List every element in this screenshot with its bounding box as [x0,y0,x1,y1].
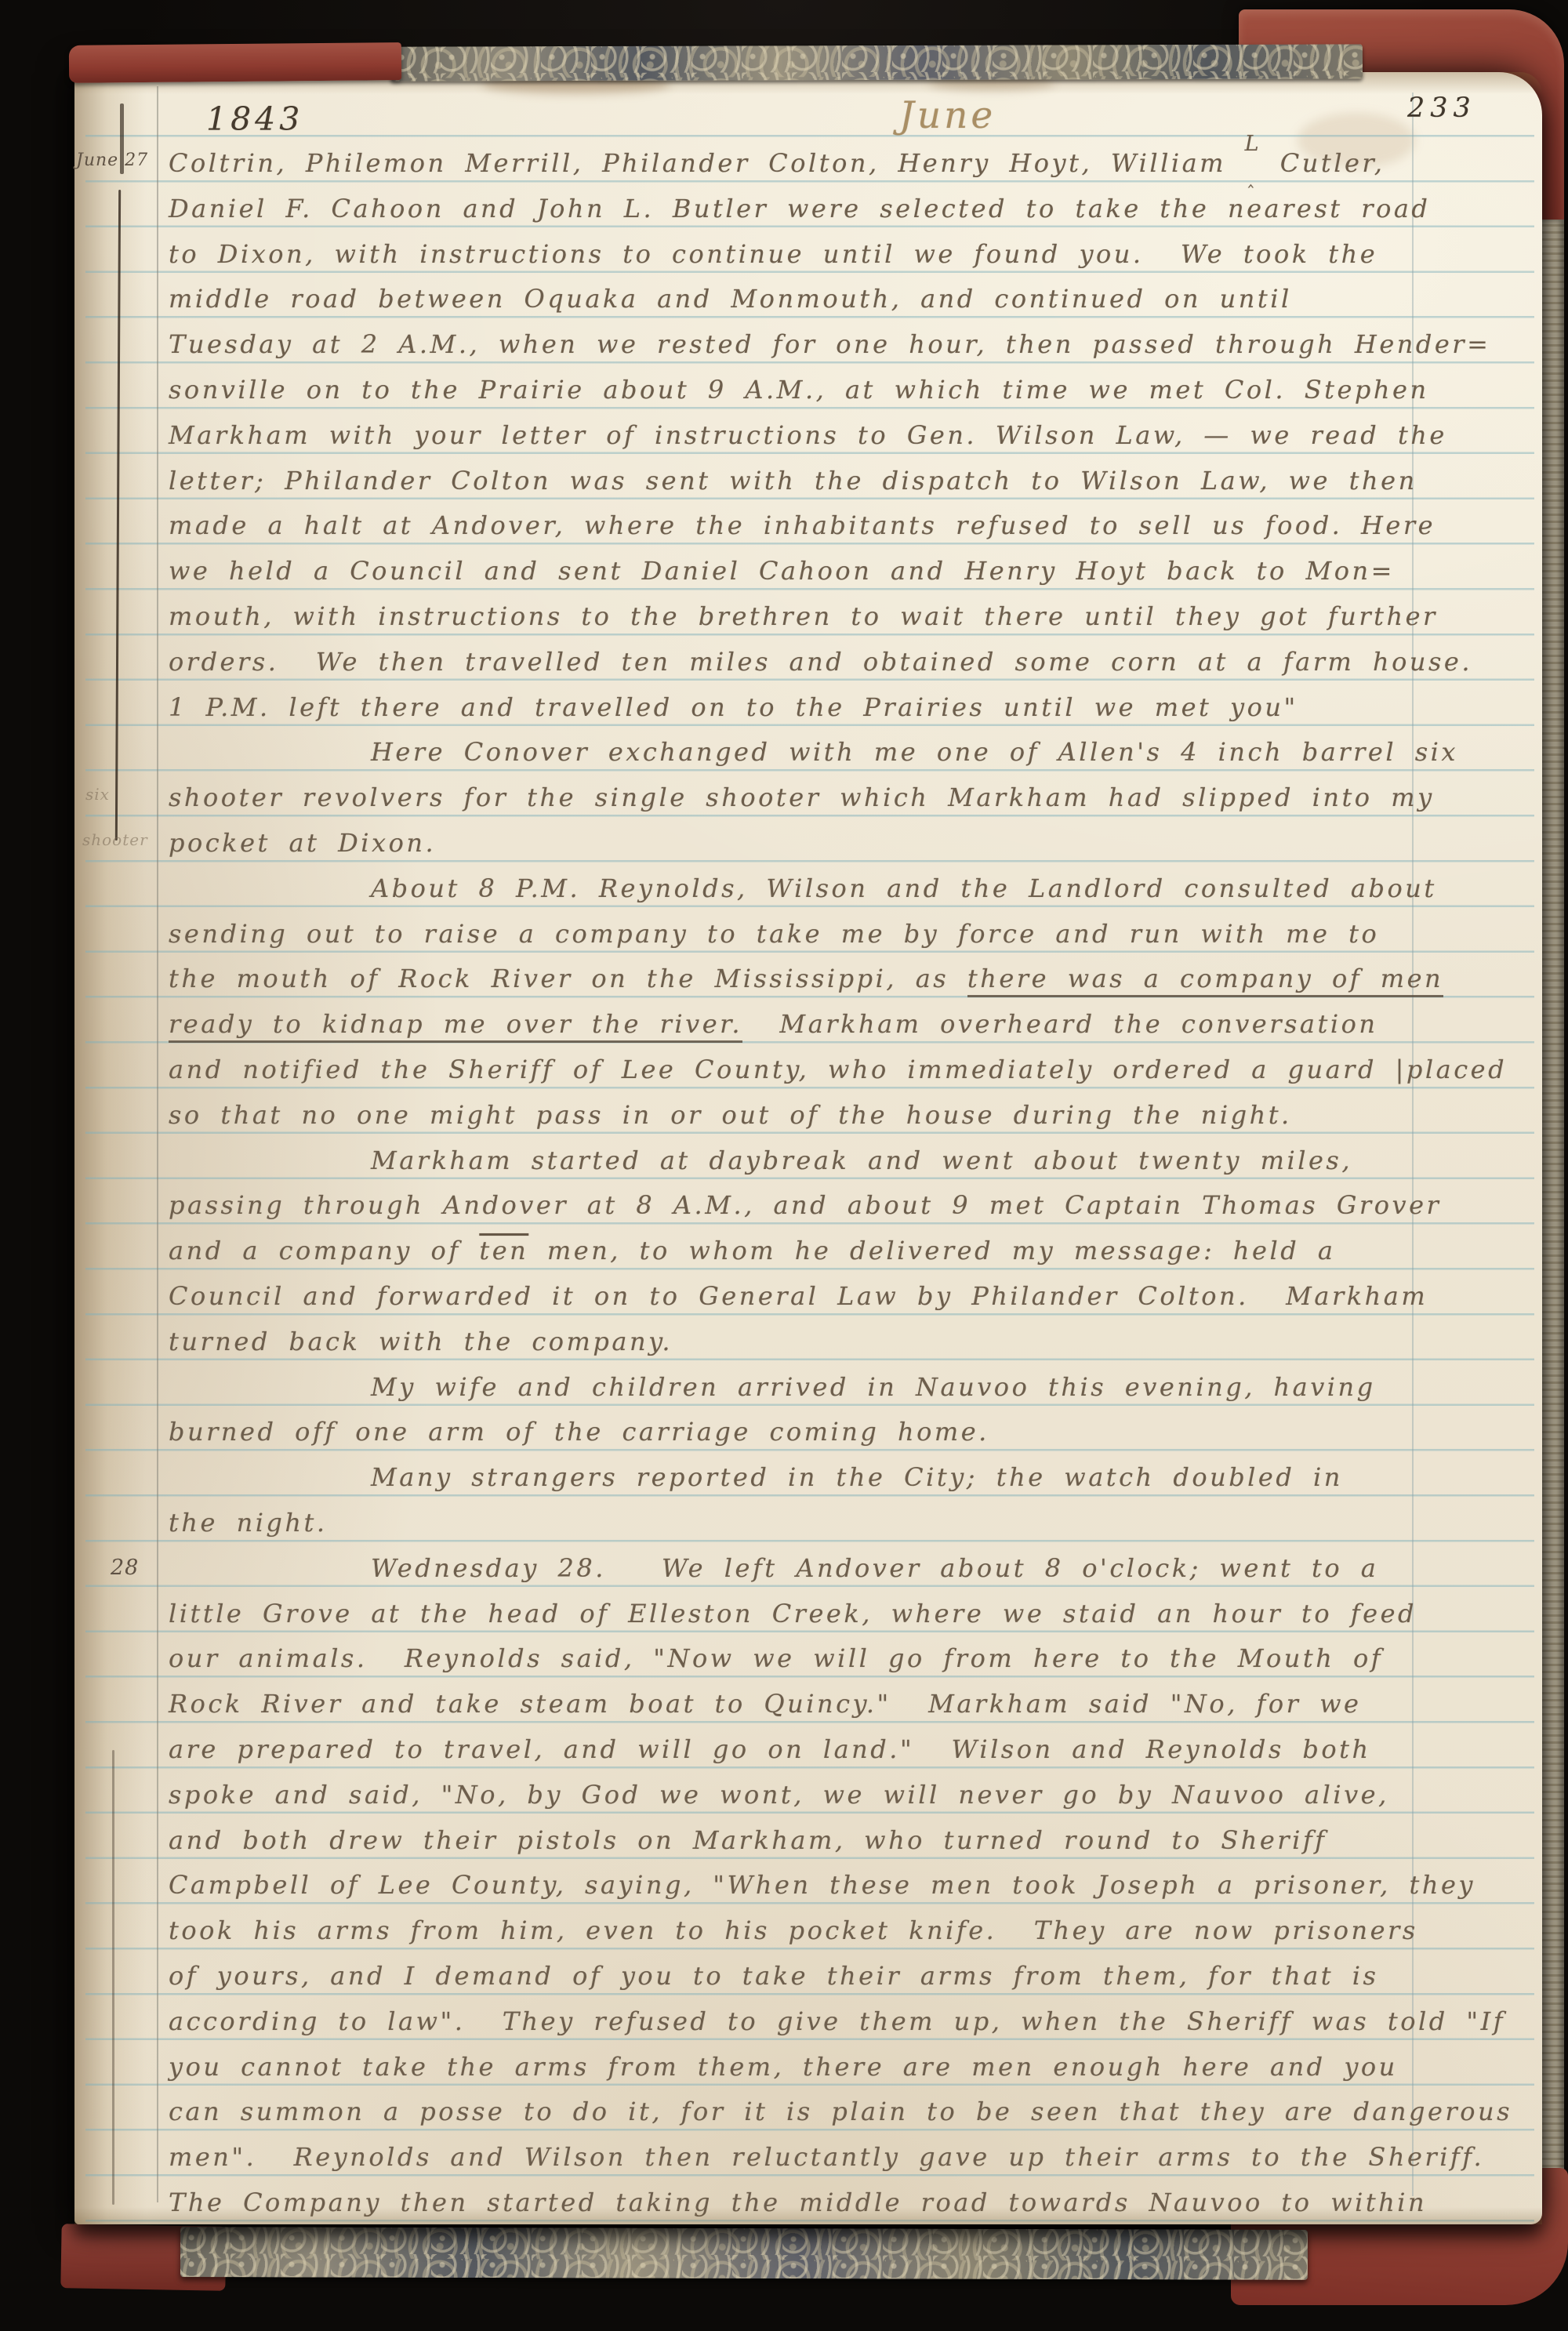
line-text: letter; Philander Colton was sent with t… [169,466,1417,496]
line-text: Here Conover exchanged with me one of Al… [371,737,1458,767]
manuscript-line: and both drew their pistols on Markham, … [169,1820,1327,1861]
line-text: orders. We then travelled ten miles and … [169,647,1472,677]
marbled-page-edge-bottom [180,2227,1308,2280]
line-text: we held a Council and sent Daniel Cahoon… [169,556,1395,586]
book-page-photo: 1843 June 233 Coltrin, Philemon Merrill,… [0,0,1568,2331]
line-text: My wife and children arrived in Nauvoo t… [371,1372,1376,1402]
line-text: are prepared to travel, and will go on l… [169,1734,1371,1764]
line-text: passing through Andover at 8 A.M., and a… [169,1190,1441,1220]
margin-note: six [85,785,110,804]
line-text: middle road between Oquaka and Monmouth,… [169,284,1292,314]
manuscript-line: can summon a posse to do it, for it is p… [169,2091,1512,2132]
manuscript-line: and notified the Sheriff of Lee County, … [169,1049,1507,1090]
manuscript-line: Rock River and take steam boat to Quincy… [169,1683,1361,1724]
line-text: made a halt at Andover, where the inhabi… [169,510,1436,540]
line-text: The Company then started taking the midd… [169,2188,1427,2217]
manuscript-line: passing through Andover at 8 A.M., and a… [169,1185,1441,1225]
line-text: Markham overheard the conversation [742,1009,1377,1039]
manuscript-line: Many strangers reported in the City; the… [371,1457,1343,1498]
manuscript-line: My wife and children arrived in Nauvoo t… [371,1367,1376,1407]
line-text: and both drew their pistols on Markham, … [169,1825,1327,1855]
manuscript-line: you cannot take the arms from them, ther… [169,2046,1398,2087]
manuscript-line: Markham with your letter of instructions… [169,415,1447,456]
manuscript-line: are prepared to travel, and will go on l… [169,1729,1371,1770]
line-text: you cannot take the arms from them, ther… [169,2052,1398,2082]
line-text: Cutler, [1261,148,1385,178]
line-text: men, to whom he delivered my message: he… [528,1236,1335,1265]
line-text: and a company of [169,1236,479,1265]
margin-note: June 27 [76,151,148,170]
line-text: Rock River and take steam boat to Quincy… [169,1689,1361,1719]
manuscript-line: letter; Philander Colton was sent with t… [169,460,1417,501]
manuscript-line: to Dixon, with instructions to continue … [169,234,1377,274]
manuscript-line: our animals. Reynolds said, "Now we will… [169,1638,1383,1679]
line-text: according to law". They refused to give … [169,2006,1505,2036]
manuscript-line: Campbell of Lee County, saying, "When th… [169,1864,1475,1905]
manuscript-line: sending out to raise a company to take m… [169,913,1379,954]
line-text: spoke and said, "No, by God we wont, we … [169,1780,1389,1810]
inserted-character: L [1245,132,1261,156]
manuscript-line: and a company of ten men, to whom he del… [169,1230,1335,1271]
line-text: men". Reynolds and Wilson then reluctant… [169,2142,1484,2172]
manuscript-line: spoke and said, "No, by God we wont, we … [169,1774,1389,1815]
marbled-page-edge-top [390,44,1363,81]
line-text: burned off one arm of the carriage comin… [169,1417,989,1447]
line-text: Markham started at daybreak and went abo… [371,1146,1352,1175]
manuscript-line: About 8 P.M. Reynolds, Wilson and the La… [371,868,1437,909]
line-text: turned back with the company. [169,1327,673,1356]
line-text: About 8 P.M. Reynolds, Wilson and the La… [371,873,1437,903]
leather-cover-top-left [69,42,401,83]
margin-note: shooter [82,830,148,849]
manuscript-line: took his arms from him, even to his pock… [169,1910,1418,1951]
manuscript-line: shooter revolvers for the single shooter… [169,777,1435,818]
manuscript-line: ready to kidnap me over the river. Markh… [169,1004,1377,1044]
line-text: sending out to raise a company to take m… [169,919,1379,949]
line-text: Wednesday 28. We left Andover about 8 o'… [371,1553,1378,1583]
line-text: little Grove at the head of Elleston Cre… [169,1599,1417,1628]
line-text: 1 P.M. left there and travelled on to th… [169,692,1298,722]
line-text: sonville on to the Prairie about 9 A.M.,… [169,375,1429,405]
line-text: can summon a posse to do it, for it is p… [169,2097,1512,2126]
line-text: the mouth of Rock River on the Mississip… [169,964,967,993]
manuscript-line: according to law". They refused to give … [169,2001,1505,2042]
manuscript-line: Tuesday at 2 A.M., when we rested for on… [169,324,1490,365]
manuscript-line: of yours, and I demand of you to take th… [169,1955,1378,1996]
journal-page: 1843 June 233 Coltrin, Philemon Merrill,… [74,72,1542,2224]
line-text: pocket at Dixon. [169,828,436,858]
manuscript-line: pocket at Dixon. [169,822,436,863]
line-text: Tuesday at 2 A.M., when we rested for on… [169,329,1490,359]
line-text: Daniel F. Cahoon and John L. Butler were… [169,194,1430,223]
line-text: and notified the Sheriff of Lee County, … [169,1055,1507,1084]
line-text: so that no one might pass in or out of t… [169,1100,1292,1130]
manuscript-line: we held a Council and sent Daniel Cahoon… [169,550,1395,591]
manuscript-line: Council and forwarded it on to General L… [169,1276,1428,1316]
manuscript-line: turned back with the company. [169,1321,673,1362]
manuscript-line: The Company then started taking the midd… [169,2182,1427,2223]
manuscript-line: burned off one arm of the carriage comin… [169,1411,989,1452]
line-text: Coltrin, Philemon Merrill, Philander Col… [169,148,1245,178]
manuscript-line: orders. We then travelled ten miles and … [169,641,1472,682]
line-text: ten [479,1236,528,1265]
manuscript-line: Daniel F. Cahoon and John L. Butler were… [169,188,1430,229]
line-text: of yours, and I demand of you to take th… [169,1961,1378,1991]
manuscript-line: Markham started at daybreak and went abo… [371,1140,1352,1181]
line-text: mouth, with instructions to the brethren… [169,601,1438,631]
line-text: to Dixon, with instructions to continue … [169,239,1377,269]
line-text: Council and forwarded it on to General L… [169,1281,1428,1311]
margin-note: 28 [111,1556,139,1580]
manuscript-line: 1 P.M. left there and travelled on to th… [169,687,1298,728]
line-text: our animals. Reynolds said, "Now we will… [169,1643,1383,1673]
manuscript-line: Wednesday 28. We left Andover about 8 o'… [371,1548,1378,1588]
manuscript-line: men". Reynolds and Wilson then reluctant… [169,2137,1484,2177]
underlined-passage: there was a company of men [967,964,1443,997]
manuscript-line: the mouth of Rock River on the Mississip… [169,958,1443,999]
manuscript-text: Coltrin, Philemon Merrill, Philander Col… [74,72,1542,2224]
manuscript-line: Coltrin, Philemon Merrill, Philander Col… [169,143,1385,183]
line-text: Many strangers reported in the City; the… [371,1462,1343,1492]
manuscript-line: Here Conover exchanged with me one of Al… [371,732,1458,772]
line-text: shooter revolvers for the single shooter… [169,782,1435,812]
line-text: Markham with your letter of instructions… [169,420,1447,450]
manuscript-line: the night. [169,1502,328,1543]
manuscript-line: middle road between Oquaka and Monmouth,… [169,278,1292,319]
manuscript-line: made a halt at Andover, where the inhabi… [169,505,1436,546]
line-text: took his arms from him, even to his pock… [169,1915,1418,1945]
manuscript-line: little Grove at the head of Elleston Cre… [169,1593,1417,1634]
manuscript-line: so that no one might pass in or out of t… [169,1095,1292,1135]
manuscript-line: sonville on to the Prairie about 9 A.M.,… [169,369,1429,410]
line-text: Campbell of Lee County, saying, "When th… [169,1870,1475,1900]
manuscript-line: mouth, with instructions to the brethren… [169,596,1438,637]
underlined-passage: ready to kidnap me over the river. [169,1009,742,1043]
line-text: the night. [169,1508,328,1538]
